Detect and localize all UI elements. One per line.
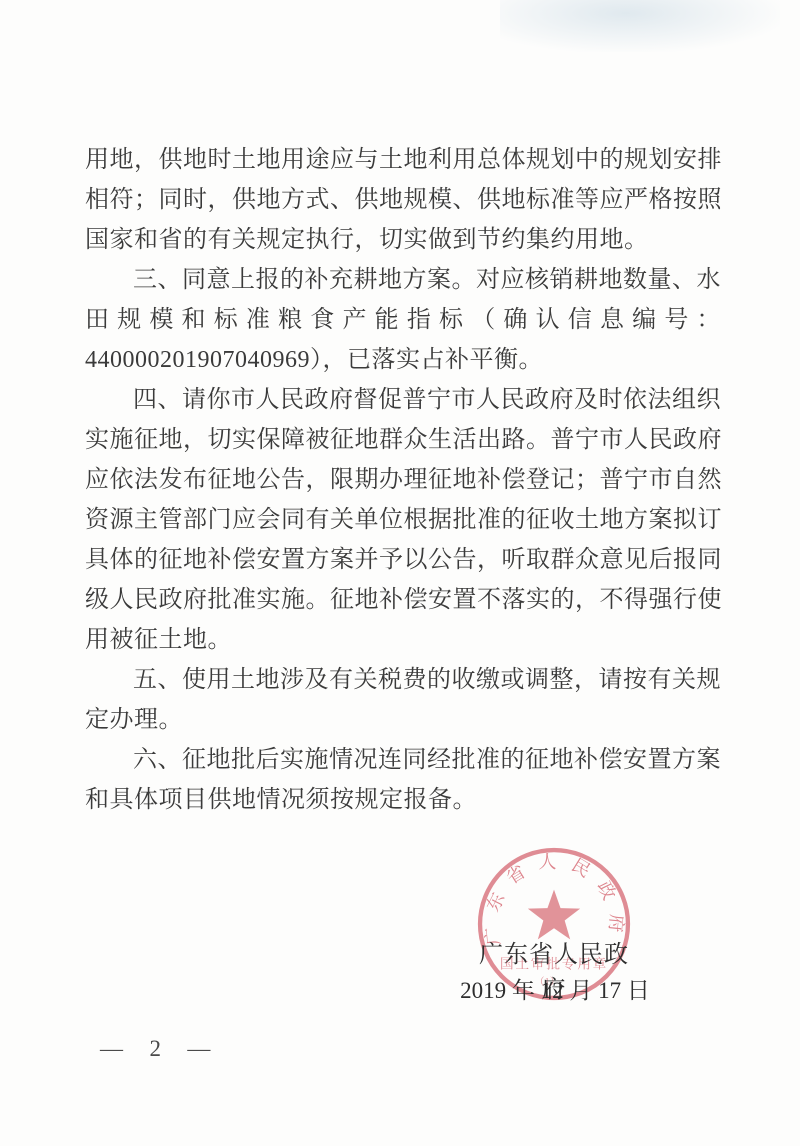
text-line: 资源主管部门应会同有关单位根据批准的征收土地方案拟订 bbox=[85, 500, 721, 540]
seal-inner-text: 国土审批专用章 bbox=[500, 956, 608, 972]
scan-smudge bbox=[500, 0, 780, 52]
seal-ring bbox=[480, 850, 628, 998]
text-line: 三、同意上报的补充耕地方案。对应核销耕地数量、水 bbox=[85, 260, 721, 300]
document-body: 用地，供地时土地用途应与土地利用总体规划中的规划安排相符；同时，供地方式、供地规… bbox=[85, 140, 721, 820]
text-line: 六、征地批后实施情况连同经批准的征地补偿安置方案 bbox=[85, 740, 721, 780]
seal-arc-text: 广东省人民政府 bbox=[481, 852, 627, 946]
text-line: 定办理。 bbox=[85, 700, 721, 740]
text-line: 级人民政府批准实施。征地补偿安置不落实的，不得强行使 bbox=[85, 580, 721, 620]
text-line: 用地，供地时土地用途应与土地利用总体规划中的规划安排 bbox=[85, 140, 721, 180]
text-line: 相符；同时，供地方式、供地规模、供地标准等应严格按照 bbox=[85, 180, 721, 220]
seal-inner-subtext: （1） bbox=[534, 976, 560, 988]
text-line: 具体的征地补偿安置方案并予以公告，听取群众意见后报同 bbox=[85, 540, 721, 580]
signature-issuer: 广东省人民政府 bbox=[468, 934, 640, 1004]
text-line: 应依法发布征地公告，限期办理征地补偿登记；普宁市自然 bbox=[85, 460, 721, 500]
seal-star-icon bbox=[528, 890, 580, 940]
text-line: 田规模和标准粮食产能指标（确认信息编号： bbox=[85, 300, 721, 340]
official-seal: 广东省人民政府 国土审批专用章 （1） bbox=[468, 838, 640, 1010]
text-line: 四、请你市人民政府督促普宁市人民政府及时依法组织 bbox=[85, 380, 721, 420]
text-line: 440000201907040969），已落实占补平衡。 bbox=[85, 340, 721, 380]
text-line: 和具体项目供地情况须按规定报备。 bbox=[85, 780, 721, 820]
signature-date: 2019 年 12 月 17 日 bbox=[450, 972, 660, 1005]
page-number: — 2 — bbox=[100, 1036, 221, 1062]
text-line: 实施征地，切实保障被征地群众生活出路。普宁市人民政府 bbox=[85, 420, 721, 460]
text-line: 国家和省的有关规定执行，切实做到节约集约用地。 bbox=[85, 220, 721, 260]
text-line: 用被征土地。 bbox=[85, 620, 721, 660]
text-line: 五、使用土地涉及有关税费的收缴或调整，请按有关规 bbox=[85, 660, 721, 700]
